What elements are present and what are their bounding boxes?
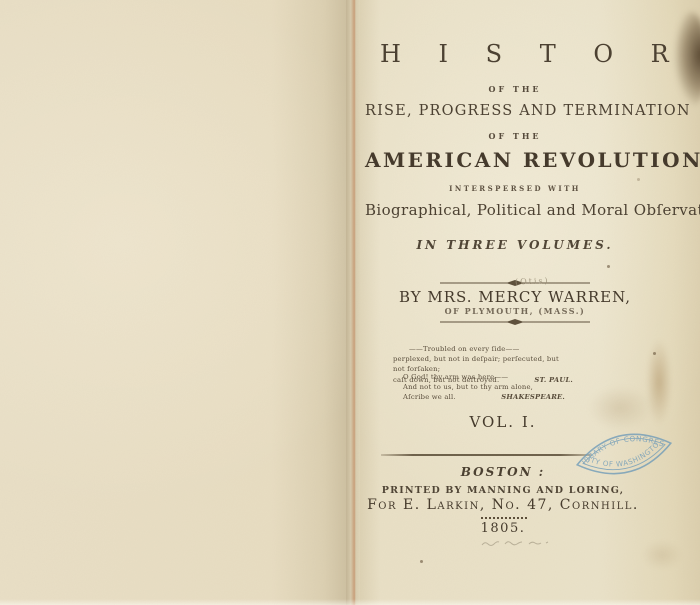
of-the-lower: OF THE [365, 131, 665, 141]
page-bottom-edge [0, 599, 700, 605]
swelled-rule-bottom [440, 318, 590, 326]
epigraph-attribution: SHAKESPEARE. [501, 392, 565, 402]
volumes-line: IN THREE VOLUMES. [365, 238, 665, 252]
epigraph-line: And not to us, but to thy arm alone, [403, 382, 565, 392]
title-page: H I S T O R Y OF THE RISE, PROGRESS AND … [360, 0, 700, 605]
epigraph-shakespeare: O God! thy arm was here—— And not to us,… [403, 372, 565, 403]
imprint-publisher: For E. Larkin, No. 47, Cornhill. [353, 497, 653, 513]
imprint-year: 1805. [353, 521, 653, 536]
left-page-blank [0, 0, 348, 605]
observations-line: Biographical, Political and Moral Obſerv… [365, 201, 665, 219]
title-page-content: H I S T O R Y OF THE RISE, PROGRESS AND … [365, 0, 665, 605]
of-the-upper: OF THE [365, 84, 665, 94]
dotted-rule [481, 517, 527, 519]
pencil-scribble [480, 538, 558, 550]
author-line: BY MRS. MERCY WARREN, [365, 288, 665, 306]
author-residence: OF PLYMOUTH, (MASS.) [365, 306, 665, 316]
subtitle-line: RISE, PROGRESS AND TERMINATION [365, 103, 665, 119]
epigraph-line: ——Troubled on every ſide—— [393, 344, 573, 354]
book-scan-spread: H I S T O R Y OF THE RISE, PROGRESS AND … [0, 0, 700, 605]
imprint-divider-rule [381, 454, 591, 456]
epigraph-line: Aſcribe we all. [403, 392, 456, 402]
main-title: AMERICAN REVOLUTION. [365, 148, 665, 172]
page-title: H I S T O R Y [365, 40, 680, 68]
interspersed-label: INTERSPERSED WITH [365, 184, 665, 193]
epigraph-line: O God! thy arm was here—— [403, 372, 565, 382]
